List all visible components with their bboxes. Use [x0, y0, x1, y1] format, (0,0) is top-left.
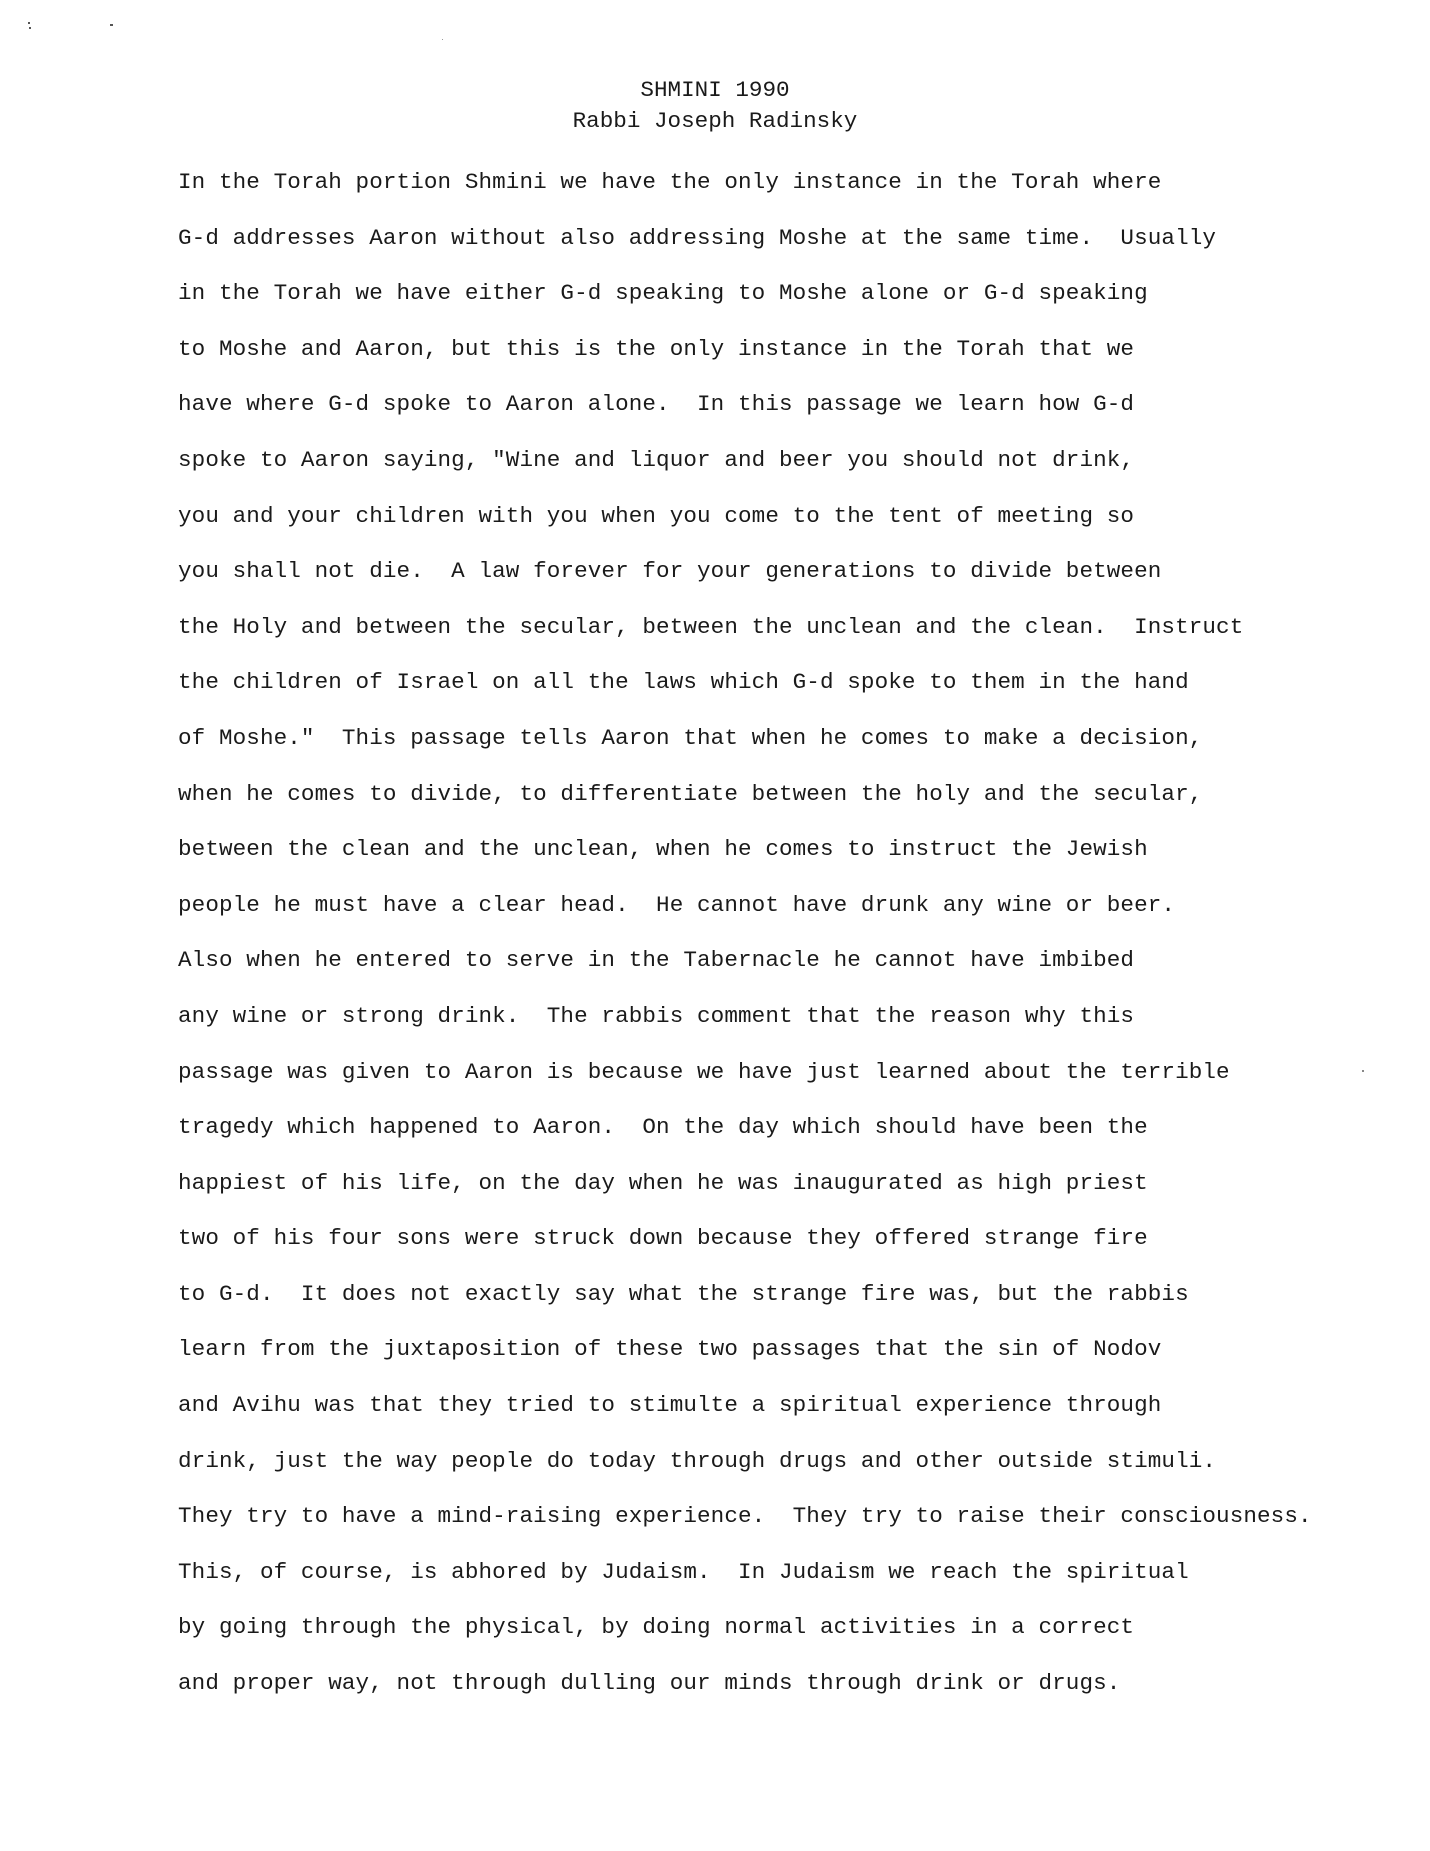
scan-speck: [442, 39, 443, 40]
body-line: to Moshe and Aaron, but this is the only…: [178, 322, 1312, 378]
body-line: of Moshe." This passage tells Aaron that…: [178, 711, 1312, 767]
body-line: between the clean and the unclean, when …: [178, 822, 1312, 878]
body-line: the Holy and between the secular, betwee…: [178, 600, 1312, 656]
scan-speck: [110, 24, 113, 26]
scan-speck: [28, 22, 30, 24]
body-line: have where G-d spoke to Aaron alone. In …: [178, 377, 1312, 433]
body-line: you shall not die. A law forever for you…: [178, 544, 1312, 600]
body-line: by going through the physical, by doing …: [178, 1600, 1312, 1656]
document-body: In the Torah portion Shmini we have the …: [178, 155, 1312, 1712]
body-line: you and your children with you when you …: [178, 489, 1312, 545]
body-line: Also when he entered to serve in the Tab…: [178, 933, 1312, 989]
body-line: G-d addresses Aaron without also address…: [178, 211, 1312, 267]
document-title: SHMINI 1990: [0, 75, 1430, 106]
body-line: to G-d. It does not exactly say what the…: [178, 1267, 1312, 1323]
document-page: SHMINI 1990 Rabbi Joseph Radinsky In the…: [0, 0, 1430, 1851]
scan-speck: [1362, 1070, 1364, 1072]
body-line: when he comes to divide, to differentiat…: [178, 767, 1312, 823]
body-line: spoke to Aaron saying, "Wine and liquor …: [178, 433, 1312, 489]
document-author: Rabbi Joseph Radinsky: [0, 106, 1430, 137]
scan-speck: [29, 27, 31, 29]
body-line: tragedy which happened to Aaron. On the …: [178, 1100, 1312, 1156]
body-line: and Avihu was that they tried to stimult…: [178, 1378, 1312, 1434]
document-header: SHMINI 1990 Rabbi Joseph Radinsky: [0, 75, 1430, 137]
body-line: passage was given to Aaron is because we…: [178, 1045, 1312, 1101]
body-line: drink, just the way people do today thro…: [178, 1434, 1312, 1490]
body-line: In the Torah portion Shmini we have the …: [178, 155, 1312, 211]
body-line: any wine or strong drink. The rabbis com…: [178, 989, 1312, 1045]
body-line: happiest of his life, on the day when he…: [178, 1156, 1312, 1212]
body-line: people he must have a clear head. He can…: [178, 878, 1312, 934]
body-line: This, of course, is abhored by Judaism. …: [178, 1545, 1312, 1601]
body-line: They try to have a mind-raising experien…: [178, 1489, 1312, 1545]
body-line: and proper way, not through dulling our …: [178, 1656, 1312, 1712]
body-line: two of his four sons were struck down be…: [178, 1211, 1312, 1267]
body-line: in the Torah we have either G-d speaking…: [178, 266, 1312, 322]
body-line: the children of Israel on all the laws w…: [178, 655, 1312, 711]
body-line: learn from the juxtaposition of these tw…: [178, 1322, 1312, 1378]
